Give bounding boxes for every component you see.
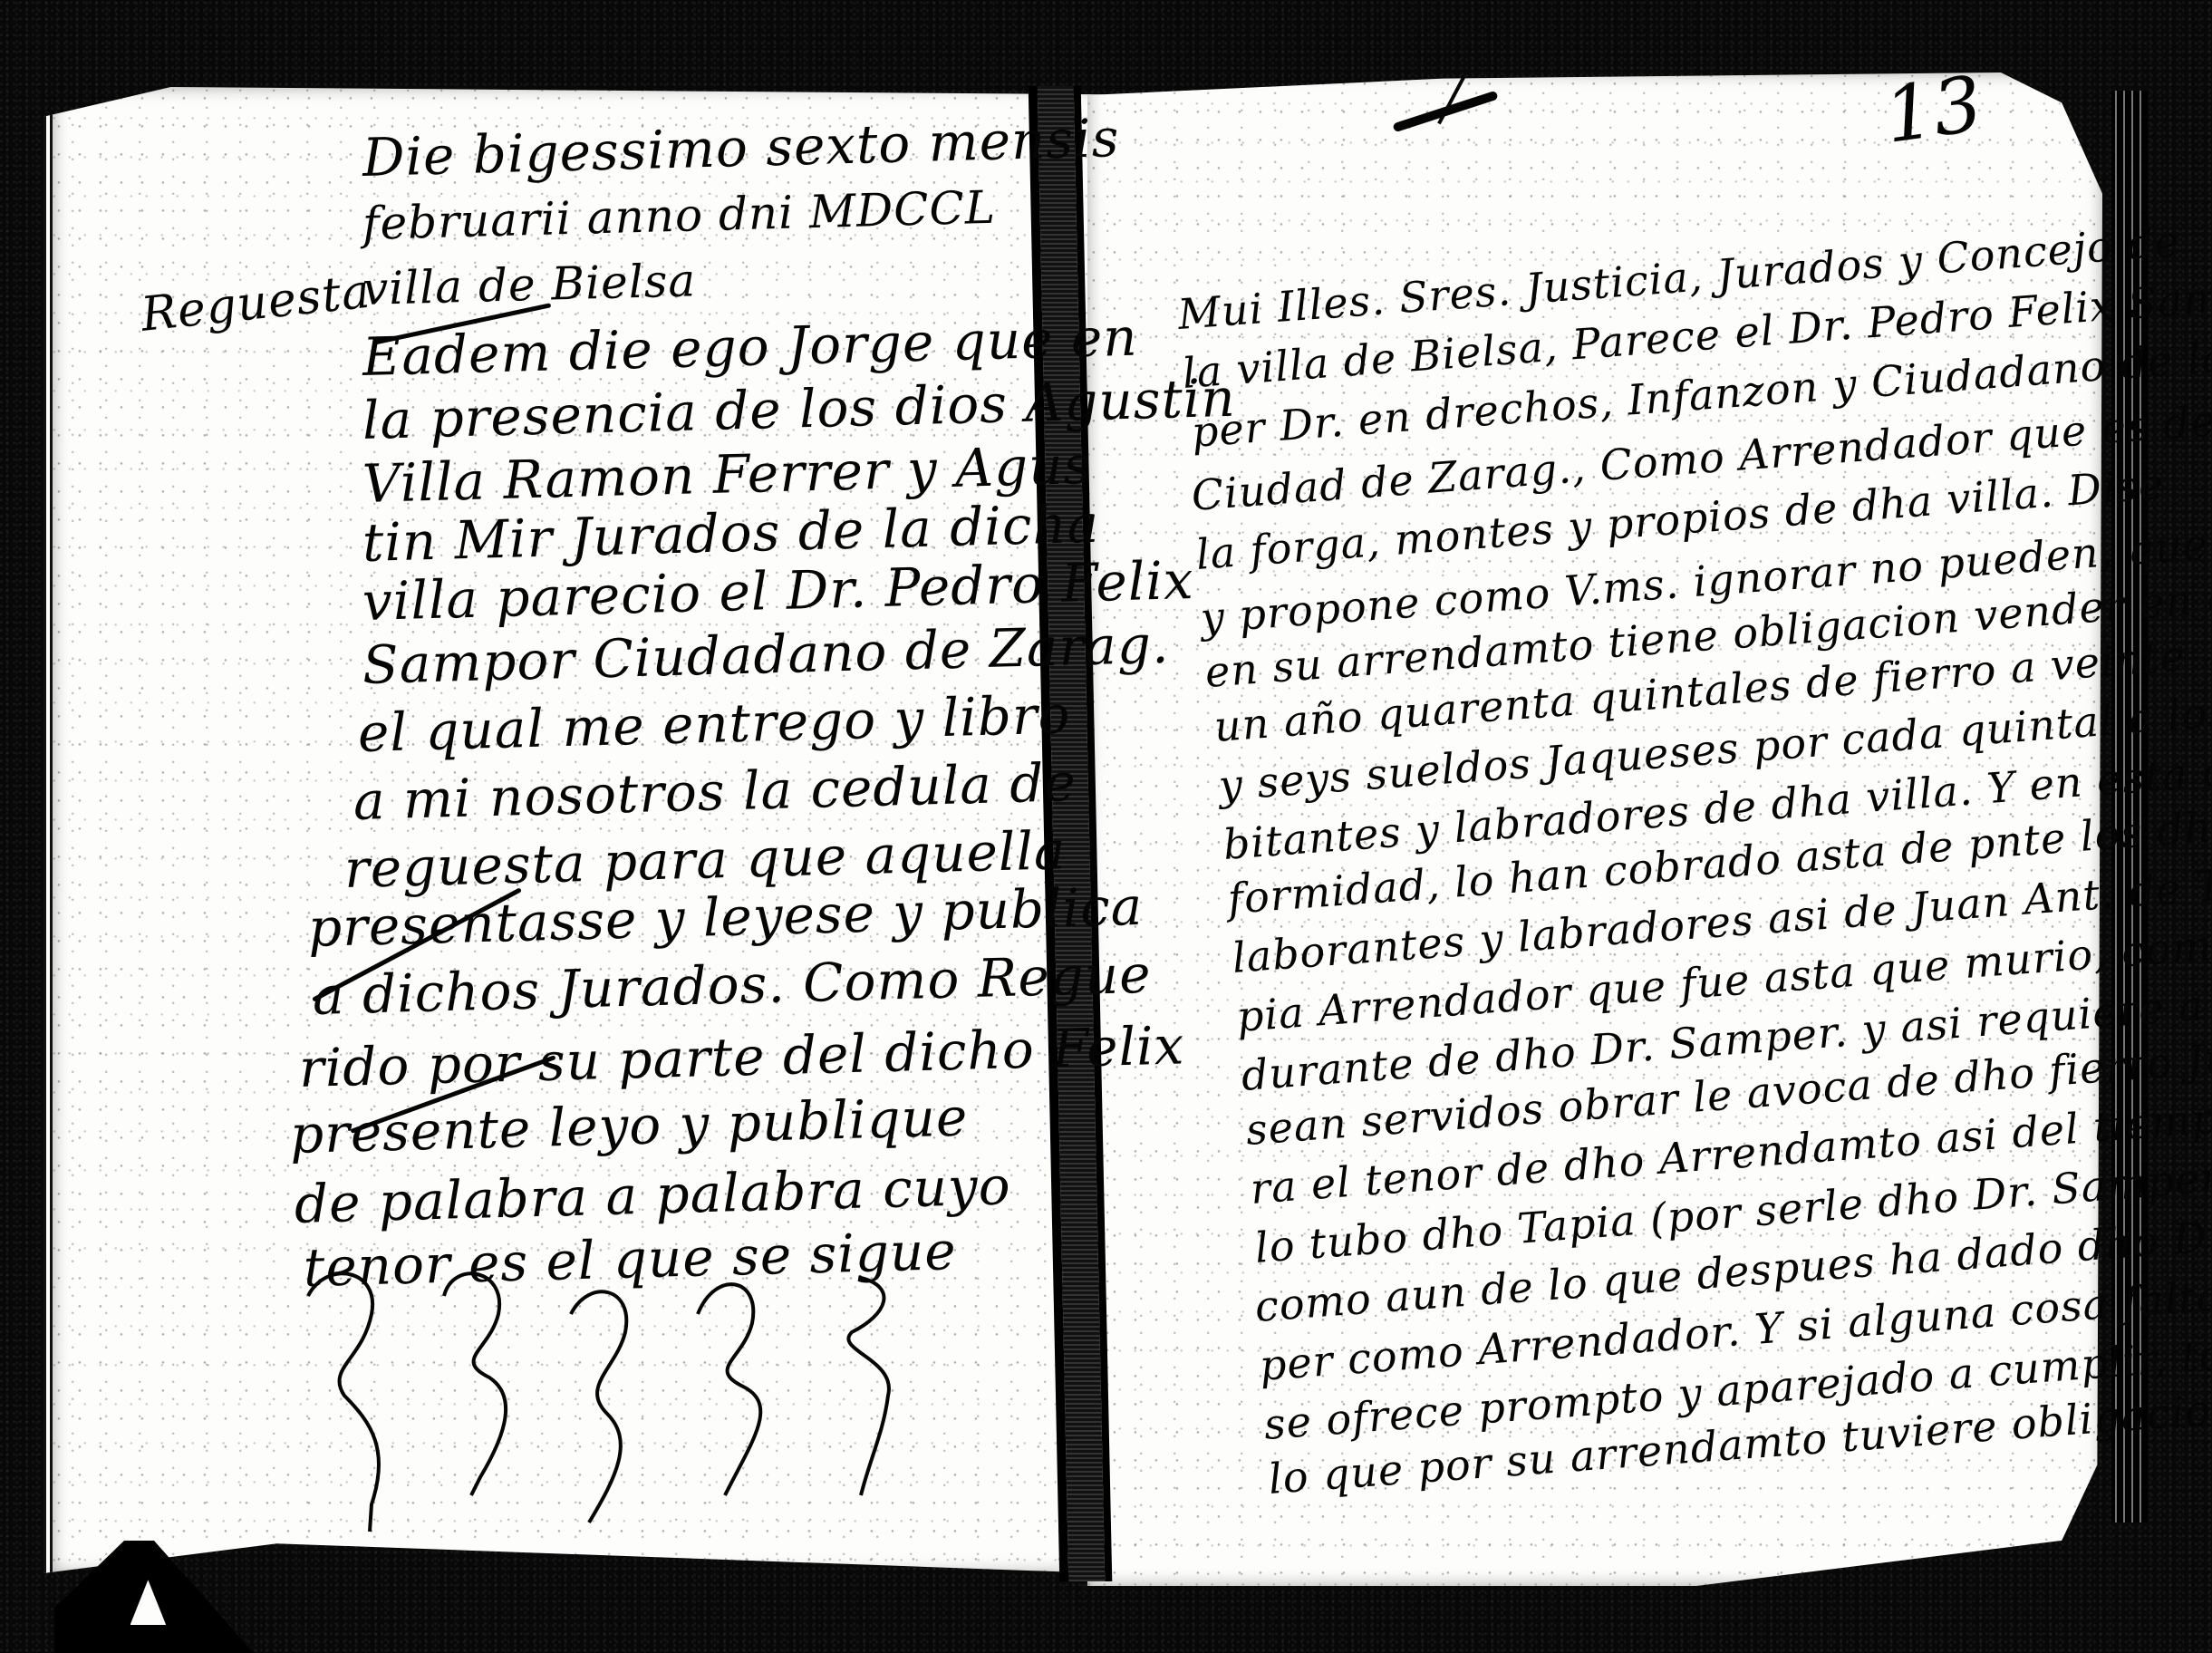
folio-number: 13 <box>1879 59 1987 160</box>
left-line: villa de Bielsa <box>362 254 697 315</box>
closing-flourish-marks <box>272 1260 1051 1568</box>
